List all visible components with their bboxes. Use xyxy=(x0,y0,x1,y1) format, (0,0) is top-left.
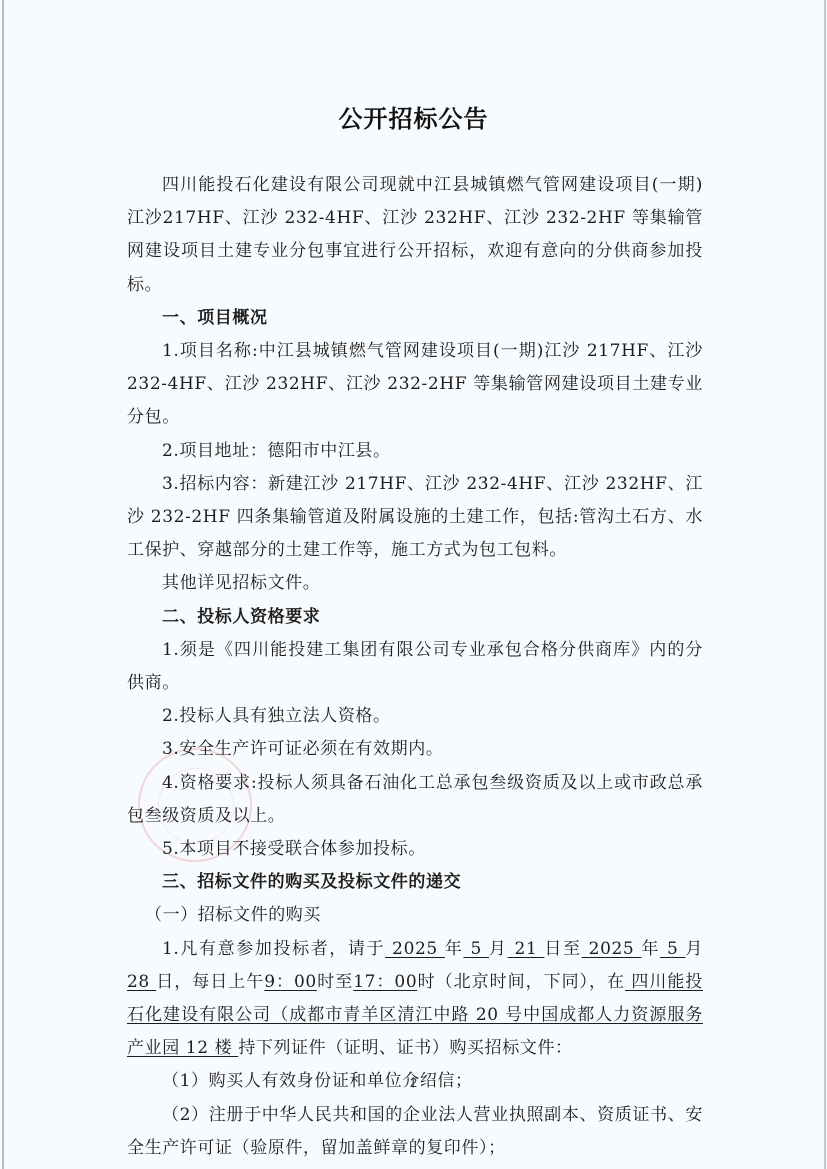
project-name: 1.项目名称:中江县城镇燃气管网建设项目(一期)江沙 217HF、江沙 232-… xyxy=(127,335,703,435)
intro-paragraph: 四川能投石化建设有限公司现就中江县城镇燃气管网建设项目(一期)江沙217HF、江… xyxy=(127,169,703,302)
day-to-label: 日至 xyxy=(544,939,581,959)
time-suffix: 时（北京时间，下同），在 xyxy=(417,972,625,992)
document-title: 公开招标公告 xyxy=(0,99,827,134)
qualification-item-4: 4.资格要求:投标人须具备石油化工总承包叁级资质及以上或市政总承包叁级资质及以上… xyxy=(127,767,703,833)
day-end-label: 日， xyxy=(156,972,192,992)
daily-prefix: 每日上午 xyxy=(192,972,264,992)
qualification-item-2: 2.投标人具有独立法人资格。 xyxy=(127,700,703,733)
section-heading-bidder-qualification: 二、投标人资格要求 xyxy=(127,601,703,634)
year-label: 年 xyxy=(641,939,660,959)
section-heading-project-overview: 一、项目概况 xyxy=(127,302,703,335)
end-year: 2025 xyxy=(582,939,642,959)
document-body: 四川能投石化建设有限公司现就中江县城镇燃气管网建设项目(一期)江沙217HF、江… xyxy=(127,169,703,1165)
purchase-paragraph: 1.凡有意参加投标者，请于 2025 年 5 月 21 日至 2025 年 5 … xyxy=(127,933,703,1066)
purchase-suffix: 持下列证件（证明、证书）购买招标文件： xyxy=(238,1038,572,1058)
year-label: 年 xyxy=(445,939,464,959)
qualification-item-5: 5.本项目不接受联合体参加投标。 xyxy=(127,833,703,866)
subheading-document-purchase: （一）招标文件的购买 xyxy=(127,899,703,932)
start-time: 9：00 xyxy=(264,972,317,992)
page-edge-right xyxy=(824,0,826,1169)
month-label: 月 xyxy=(685,939,703,959)
page-edge-left xyxy=(2,0,4,1169)
tender-content: 3.招标内容：新建江沙 217HF、江沙 232-4HF、江沙 232HF、江沙… xyxy=(127,468,703,568)
end-month: 5 xyxy=(660,939,685,959)
end-time: 17：00 xyxy=(353,972,417,992)
qualification-item-3: 3.安全生产许可证必须在有效期内。 xyxy=(127,733,703,766)
time-to-label: 时至 xyxy=(317,972,353,992)
purchase-prefix: 1.凡有意参加投标者，请于 xyxy=(162,939,385,959)
section-heading-tender-documents: 三、招标文件的购买及投标文件的递交 xyxy=(127,866,703,899)
start-year: 2025 xyxy=(385,939,445,959)
start-month: 5 xyxy=(463,939,488,959)
project-address: 2.项目地址：德阳市中江县。 xyxy=(127,435,703,468)
month-label: 月 xyxy=(489,939,508,959)
page-number: 2 xyxy=(0,1075,827,1090)
required-document-2: （2）注册于中华人民共和国的企业法人营业执照副本、资质证书、安全生产许可证（验原… xyxy=(127,1099,703,1165)
end-day: 28 xyxy=(127,972,156,992)
other-details: 其他详见招标文件。 xyxy=(127,567,703,600)
start-day: 21 xyxy=(508,939,545,959)
qualification-item-1: 1.须是《四川能投建工集团有限公司专业承包合格分供商库》内的分供商。 xyxy=(127,634,703,700)
